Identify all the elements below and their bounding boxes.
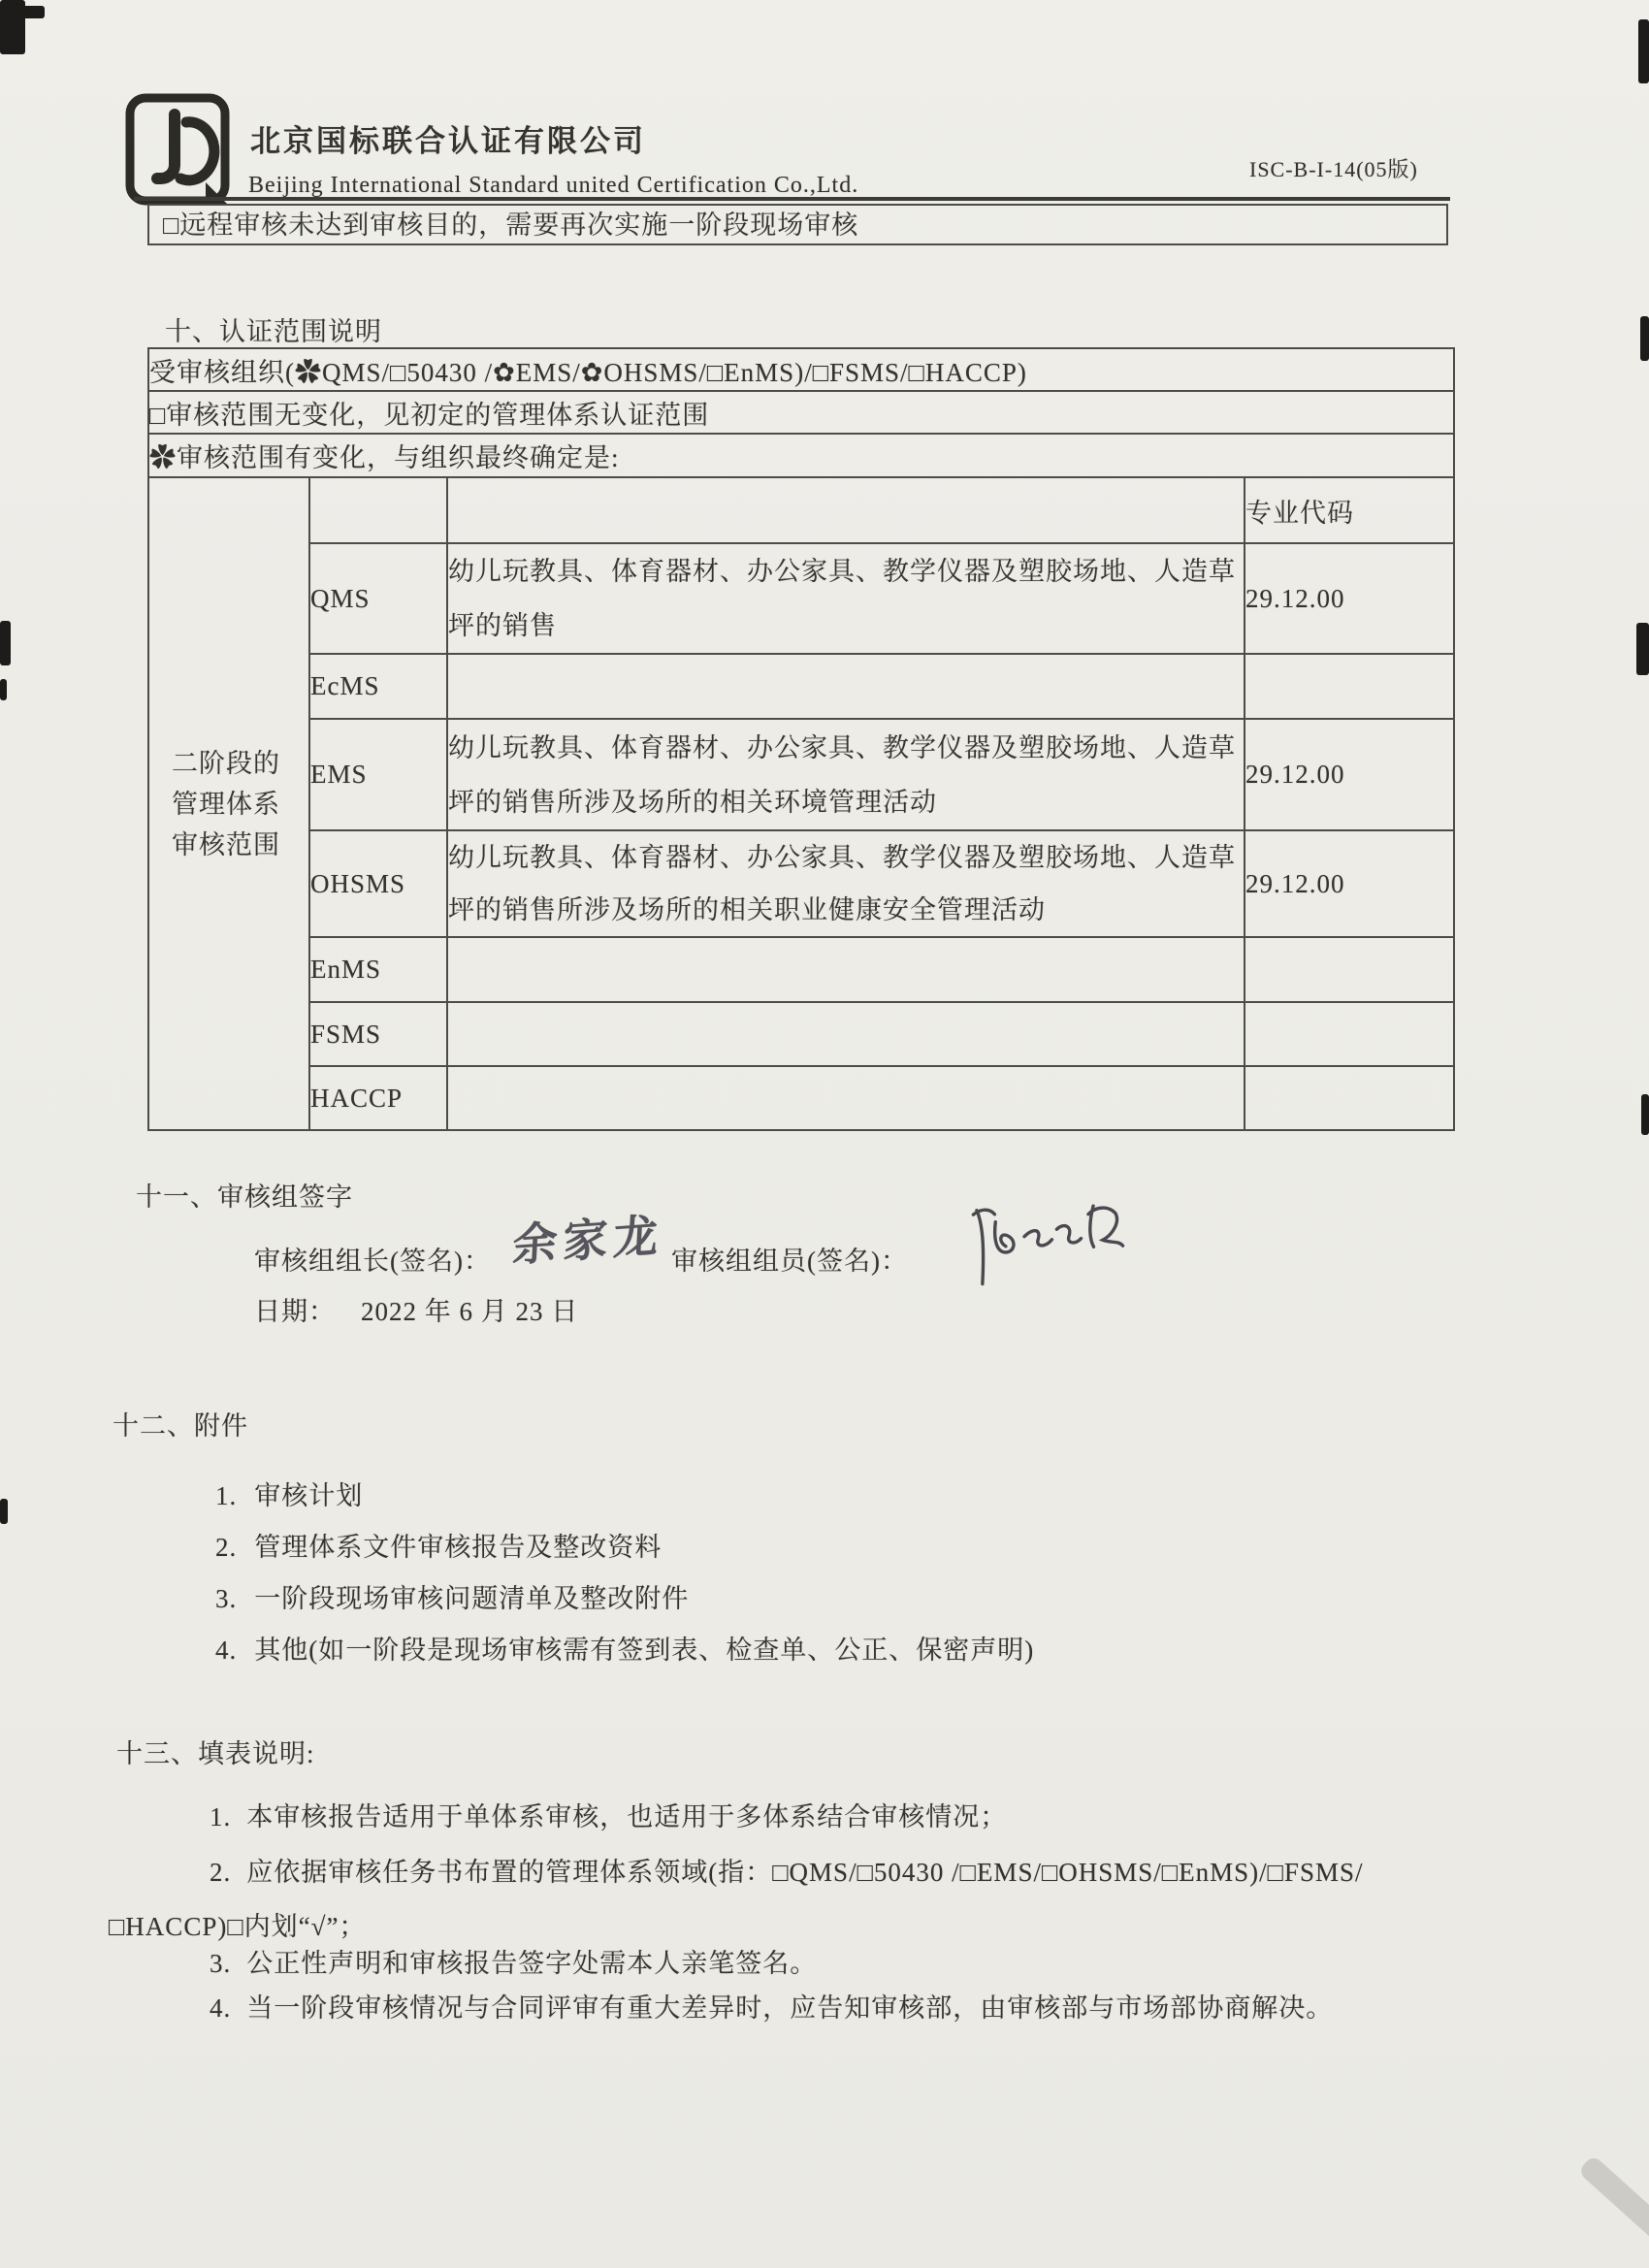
scanned-document-page: 北京国标联合认证有限公司 Beijing International Stand… — [0, 0, 1649, 2268]
table-row-ohsms: OHSMS 幼儿玩教具、体育器材、办公家具、教学仪器及塑胶场地、人造草坪的销售所… — [148, 830, 1454, 937]
scope-table-header-row: 二阶段的管理体系审核范围 专业代码 — [148, 477, 1454, 543]
form-code: ISC-B-I-14(05版) — [1249, 153, 1418, 183]
company-name-en: Beijing International Standard united Ce… — [248, 173, 858, 199]
table-row-ems: EMS 幼儿玩教具、体育器材、办公家具、教学仪器及塑胶场地、人造草坪的销售所涉及… — [148, 719, 1454, 830]
scope-cell — [447, 1002, 1245, 1066]
scan-artifact — [1577, 2155, 1649, 2268]
scan-artifact — [1640, 316, 1649, 361]
system-label: EcMS — [309, 654, 447, 719]
system-label: EMS — [309, 719, 447, 830]
scan-artifact — [0, 6, 45, 18]
table-row-qms: QMS 幼儿玩教具、体育器材、办公家具、教学仪器及塑胶场地、人造草坪的销售 29… — [148, 543, 1454, 654]
remote-audit-note-box: □远程审核未达到审核目的，需要再次实施一阶段现场审核 — [147, 204, 1448, 245]
attachment-item-3: 3.一阶段现场审核问题清单及整改附件 — [215, 1577, 689, 1615]
table-row-ecms: EcMS — [148, 654, 1454, 719]
scan-artifact — [1641, 1094, 1649, 1135]
attachment-item-1: 1.审核计划 — [215, 1474, 363, 1512]
table-row-haccp: HACCP — [148, 1066, 1454, 1130]
scope-cell: 幼儿玩教具、体育器材、办公家具、教学仪器及塑胶场地、人造草坪的销售 — [447, 543, 1245, 654]
table-row-enms: EnMS — [148, 937, 1454, 1002]
scope-unchanged-row: □审核范围无变化，见初定的管理体系认证范围 — [148, 391, 1454, 434]
section12-title: 十二、附件 — [113, 1405, 248, 1442]
system-label: HACCP — [309, 1066, 447, 1130]
code-cell: 29.12.00 — [1245, 543, 1454, 654]
scope-changed-text: ✿审核范围有变化，与组织最终确定是: — [148, 434, 1454, 477]
scan-artifact — [0, 621, 11, 665]
audited-org-systems-row: 受审核组织(✿QMS/□50430 /✿EMS/✿OHSMS/□EnMS)/□F… — [148, 348, 1454, 391]
company-logo-icon — [124, 93, 246, 208]
code-cell — [1245, 654, 1454, 719]
scope-cell: 幼儿玩教具、体育器材、办公家具、教学仪器及塑胶场地、人造草坪的销售所涉及场所的相… — [447, 830, 1245, 937]
stage2-scope-row-header: 二阶段的管理体系审核范围 — [148, 477, 309, 1130]
scope-unchanged-text: □审核范围无变化，见初定的管理体系认证范围 — [148, 391, 1454, 434]
company-name-cn: 北京国标联合认证有限公司 — [250, 116, 646, 160]
scan-artifact — [0, 1499, 8, 1524]
signature-date-line: 日期：2022 年 6 月 23 日 — [254, 1290, 578, 1328]
member-signature-label: 审核组组员(签名)： — [671, 1240, 908, 1278]
code-cell — [1245, 1002, 1454, 1066]
attachment-item-4: 4.其他(如一阶段是现场审核需有签到表、检查单、公正、保密声明) — [215, 1629, 1034, 1667]
section13-title: 十三、填表说明: — [116, 1733, 315, 1770]
table-row-fsms: FSMS — [148, 1002, 1454, 1066]
section11-title: 十一、审核组签字 — [136, 1176, 353, 1214]
member-signature-scribble — [960, 1183, 1141, 1307]
scope-cell — [447, 1066, 1245, 1130]
code-cell — [1245, 1066, 1454, 1130]
system-label: QMS — [309, 543, 447, 654]
code-cell — [1245, 937, 1454, 1002]
date-value: 2022 年 6 月 23 日 — [361, 1297, 578, 1326]
header-divider — [134, 197, 1450, 201]
code-cell: 29.12.00 — [1245, 719, 1454, 830]
note-item-1: 1.本审核报告适用于单体系审核，也适用于多体系结合审核情况； — [109, 1790, 1467, 1844]
note-item-4: 4.当一阶段审核情况与合同评审有重大差异时，应告知审核部，由审核部与市场部协商解… — [109, 1981, 1467, 2035]
audited-org-systems-text: 受审核组织(✿QMS/□50430 /✿EMS/✿OHSMS/□EnMS)/□F… — [148, 348, 1454, 391]
scope-cell — [447, 937, 1245, 1002]
system-label: FSMS — [309, 1002, 447, 1066]
system-label: OHSMS — [309, 830, 447, 937]
scan-artifact — [1636, 623, 1649, 675]
date-label: 日期： — [254, 1297, 336, 1326]
system-label: EnMS — [309, 937, 447, 1002]
code-column-header: 专业代码 — [1245, 477, 1454, 543]
scan-artifact — [0, 679, 7, 700]
scope-cell: 幼儿玩教具、体育器材、办公家具、教学仪器及塑胶场地、人造草坪的销售所涉及场所的相… — [447, 719, 1245, 830]
section10-title: 十、认证范围说明 — [165, 310, 382, 348]
scope-changed-row: ✿审核范围有变化，与组织最终确定是: — [148, 434, 1454, 477]
attachment-item-2: 2.管理体系文件审核报告及整改资料 — [215, 1526, 662, 1564]
leader-signature-label: 审核组组长(签名)： — [254, 1240, 491, 1278]
scan-artifact — [1638, 19, 1649, 83]
certification-scope-table: 受审核组织(✿QMS/□50430 /✿EMS/✿OHSMS/□EnMS)/□F… — [147, 347, 1455, 1131]
leader-signature: 余家龙 — [511, 1200, 665, 1275]
code-cell: 29.12.00 — [1245, 830, 1454, 937]
scope-cell — [447, 654, 1245, 719]
